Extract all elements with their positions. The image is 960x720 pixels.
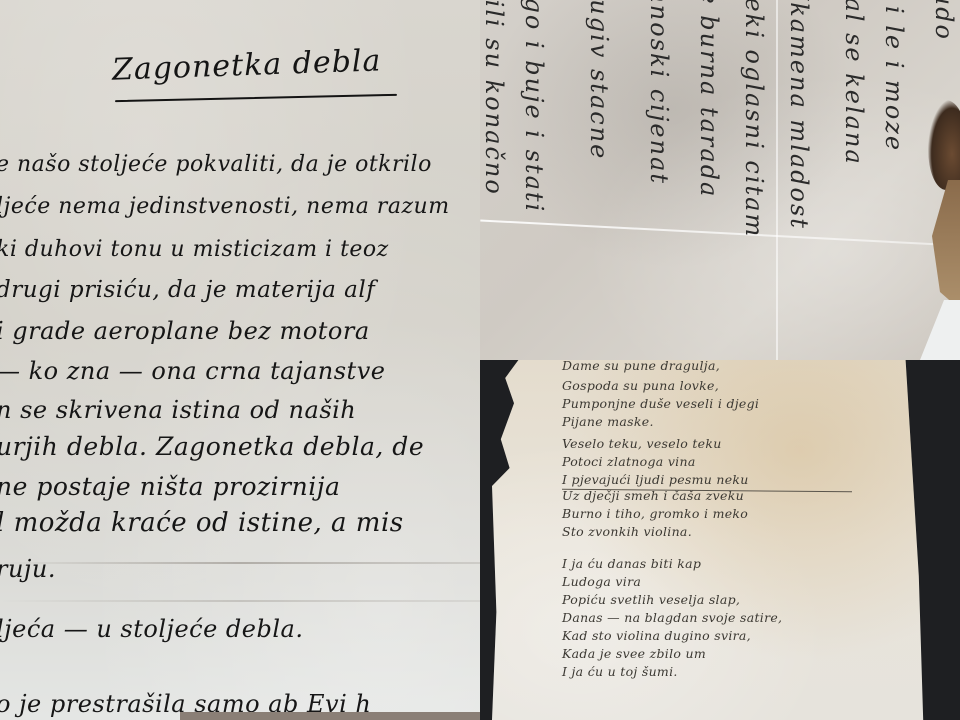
poem-line: Ludoga vira bbox=[562, 574, 641, 589]
essay-line: ruju. bbox=[0, 555, 56, 583]
essay-line: ne postaje ništa prozirnija bbox=[0, 472, 340, 501]
poem-line: Pumponjne duše veseli i djegi bbox=[562, 396, 759, 411]
poem-line: Veselo teku, veselo teku bbox=[562, 436, 722, 451]
poem-line: Pijane maske. bbox=[562, 414, 654, 429]
letter-line: Bili su konačno bbox=[480, 0, 508, 360]
essay-line: urjih debla. Zagonetka debla, de bbox=[0, 432, 424, 461]
poem-line: Kada je svee zbilo um bbox=[562, 646, 706, 661]
essay-line: l možda kraće od istine, a mis bbox=[0, 508, 404, 538]
paper-fold-line bbox=[0, 600, 480, 602]
essay-line: n se skrivena istina od naših bbox=[0, 396, 356, 424]
poem-line: Popiću svetlih veselja slap, bbox=[562, 592, 740, 607]
poem-line: Sto zvonkih violina. bbox=[562, 524, 692, 539]
letter-photo-panel: Bili su konačnougo i buje i statii ugiv … bbox=[480, 0, 960, 360]
letter-line: Ukamena mladost bbox=[785, 0, 813, 360]
essay-line: ki duhovi tonu u misticizam i teoz bbox=[0, 237, 389, 262]
poem-line: I pjevajući ljudi pesmu neku bbox=[562, 472, 749, 487]
torn-poem-paper: Dame su pune dragulja,Gospoda su puna lo… bbox=[492, 360, 932, 720]
letter-line: i ugiv stacne bbox=[585, 0, 613, 360]
poem-line: Danas — na blagdan svoje satire, bbox=[562, 610, 782, 625]
essay-line: i grade aeroplane bez motora bbox=[0, 317, 370, 345]
poem-line: Kad sto violina dugino svira, bbox=[562, 628, 751, 643]
essay-line: e našo stoljeće pokvaliti, da je otkrilo bbox=[0, 152, 432, 177]
poem-photo-panel: Dame su pune dragulja,Gospoda su puna lo… bbox=[480, 360, 960, 720]
essay-line: drugi prisiću, da je materija alf bbox=[0, 277, 375, 303]
table-edge bbox=[180, 712, 480, 720]
poem-line: I ja ću danas biti kap bbox=[562, 556, 701, 571]
essay-line: ljeće nema jedinstvenosti, nema razum bbox=[0, 194, 450, 219]
poem-line: Gospoda su puna lovke, bbox=[562, 378, 719, 393]
letter-line: je burna tarada bbox=[695, 0, 723, 360]
letter-line: mnoski cijenat bbox=[645, 0, 673, 360]
letter-line: nal se kelana bbox=[840, 0, 868, 360]
title-underline bbox=[115, 94, 397, 102]
poem-line: I ja ću u toj šumi. bbox=[562, 664, 678, 679]
letter-line: neki oglasni citam bbox=[740, 0, 768, 360]
letter-line: a i le i moze bbox=[880, 0, 908, 360]
essay-title: Zagonetka debla bbox=[111, 43, 381, 87]
essay-photo-panel: Zagonetka debla e našo stoljeće pokvalit… bbox=[0, 0, 480, 720]
poem-line: Burno i tiho, gromko i meko bbox=[562, 506, 748, 521]
paper-tear bbox=[928, 100, 960, 190]
paper-fold-line bbox=[0, 562, 480, 564]
essay-line: ljeća — u stoljeće debla. bbox=[0, 615, 303, 643]
paper-crease bbox=[776, 0, 778, 360]
poem-line: Dame su pune dragulja, bbox=[562, 360, 720, 373]
essay-line: — ko zna — ona crna tajanstve bbox=[0, 357, 385, 385]
poem-line: Potoci zlatnoga vina bbox=[562, 454, 696, 469]
letter-line: ugo i buje i stati bbox=[520, 0, 548, 360]
